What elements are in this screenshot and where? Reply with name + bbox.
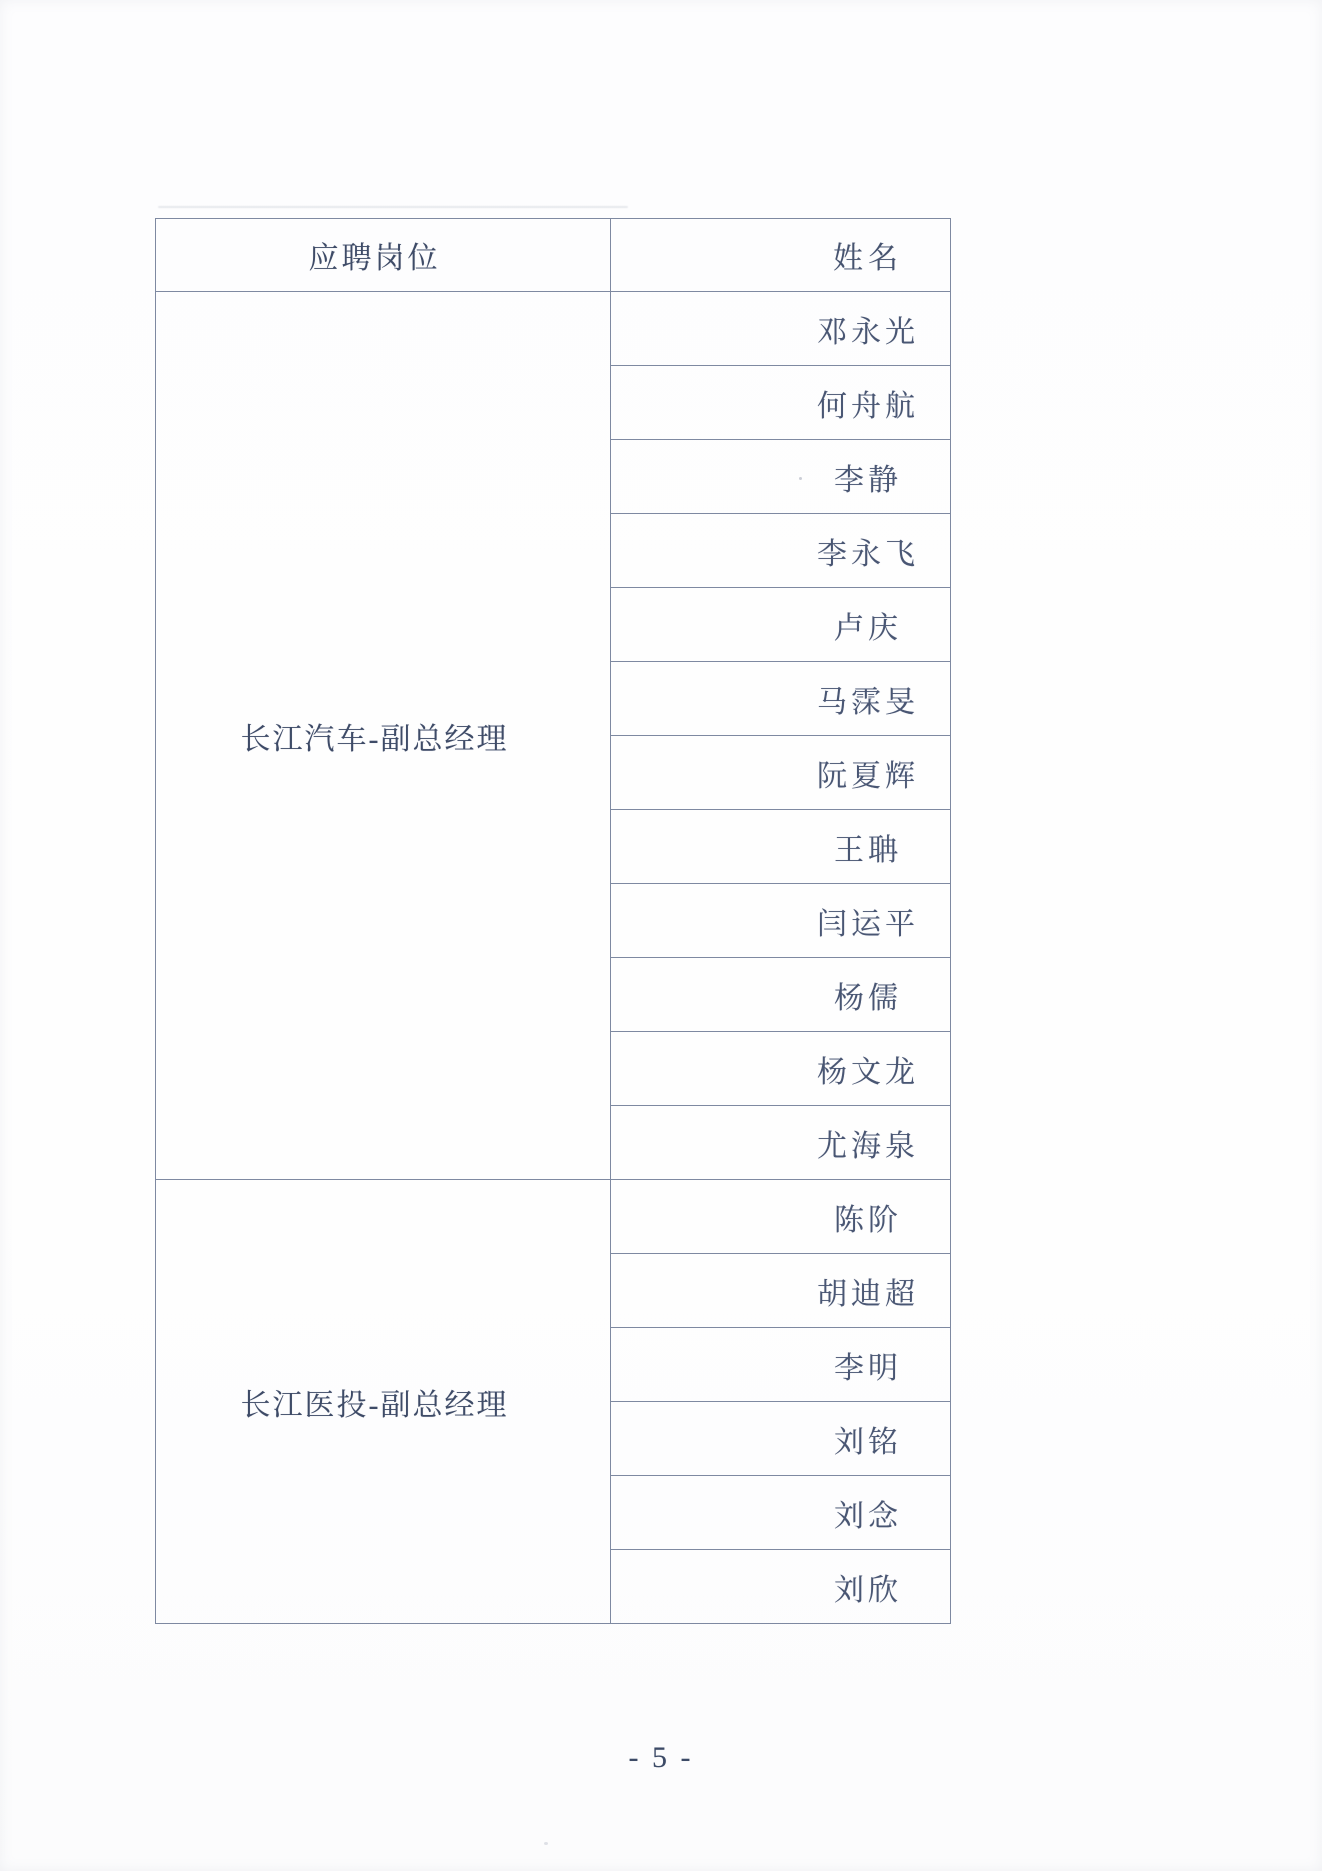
table-header-row: 应聘岗位 姓名 bbox=[156, 219, 951, 292]
name-cell: 何舟航 bbox=[611, 366, 951, 440]
name-cell: 阮夏辉 bbox=[611, 736, 951, 810]
name-cell: 胡迪超 bbox=[611, 1254, 951, 1328]
name-cell: 卢庆 bbox=[611, 588, 951, 662]
applicants-table: 应聘岗位 姓名 长江汽车-副总经理 邓永光 何舟航 李静 李永飞 卢庆 马霂旻 bbox=[155, 218, 951, 1624]
name-cell: 李明 bbox=[611, 1328, 951, 1402]
table-row: 长江医投-副总经理 陈阶 bbox=[156, 1180, 951, 1254]
name-column-header: 姓名 bbox=[611, 219, 951, 292]
name-cell: 杨文龙 bbox=[611, 1032, 951, 1106]
name-cell: 李永飞 bbox=[611, 514, 951, 588]
name-cell: 刘念 bbox=[611, 1476, 951, 1550]
name-cell: 李静 bbox=[611, 440, 951, 514]
scan-artifact-speck bbox=[544, 1842, 548, 1845]
scan-artifact-smudge bbox=[158, 206, 628, 208]
name-cell: 尤海泉 bbox=[611, 1106, 951, 1180]
name-cell: 陈阶 bbox=[611, 1180, 951, 1254]
table-row: 长江汽车-副总经理 邓永光 bbox=[156, 292, 951, 366]
position-cell-group-1: 长江汽车-副总经理 bbox=[156, 292, 611, 1180]
name-cell: 马霂旻 bbox=[611, 662, 951, 736]
position-column-header: 应聘岗位 bbox=[156, 219, 611, 292]
position-cell-group-2: 长江医投-副总经理 bbox=[156, 1180, 611, 1624]
name-cell: 刘欣 bbox=[611, 1550, 951, 1624]
name-cell: 闫运平 bbox=[611, 884, 951, 958]
name-cell: 邓永光 bbox=[611, 292, 951, 366]
name-cell: 刘铭 bbox=[611, 1402, 951, 1476]
name-cell: 杨儒 bbox=[611, 958, 951, 1032]
name-cell: 王聃 bbox=[611, 810, 951, 884]
scanned-page: 应聘岗位 姓名 长江汽车-副总经理 邓永光 何舟航 李静 李永飞 卢庆 马霂旻 bbox=[0, 0, 1322, 1871]
page-number: - 5 - bbox=[0, 1741, 1322, 1775]
